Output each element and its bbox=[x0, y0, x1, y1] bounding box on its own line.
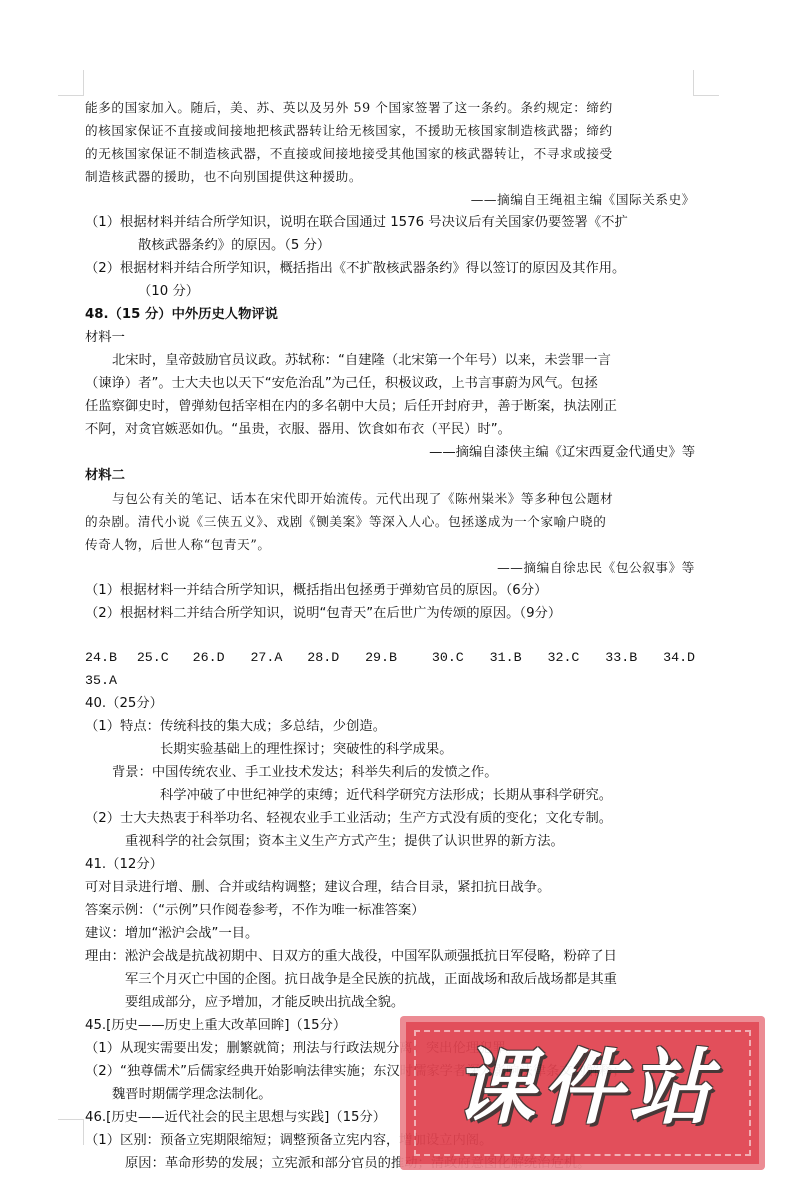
choice-answer: 29.B bbox=[365, 646, 432, 669]
answer-line: 背景：中国传统农业、手工业技术发达；科举失利后的发愤之作。 bbox=[85, 761, 695, 784]
watermark-stamp: 课件站 bbox=[400, 1016, 765, 1170]
page-corner-mark-top-left bbox=[58, 70, 84, 96]
choice-answer: 27.A bbox=[250, 646, 307, 669]
q48-section: 48.（15 分）中外历史人物评说 材料一 北宋时，皇帝鼓励官员议政。苏轼称：“… bbox=[85, 303, 695, 625]
material-text-line: 的无核国家保证不制造核武器，不直接或间接地接受其他国家的核武器转让，不寻求或接受 bbox=[85, 142, 695, 165]
choice-answer: 31.B bbox=[490, 646, 548, 669]
choice-answers-row-2: 35.A bbox=[85, 669, 695, 692]
document-page: 能多的国家加入。随后，美、苏、英以及另外 59 个国家签署了这一条约。条约规定：… bbox=[85, 96, 695, 1175]
answer-line: 答案示例：（“示例”只作阅卷参考，不作为唯一标准答案） bbox=[85, 899, 695, 922]
question-line: 散核武器条约》的原因。（5 分） bbox=[85, 234, 695, 257]
material-source: ——摘编自王绳祖主编《国际关系史》 bbox=[85, 188, 695, 211]
choice-answer: 32.C bbox=[547, 646, 605, 669]
material1-text-line: 不阿，对贪官嫉恶如仇。“虽贵，衣服、器用、饮食如布衣（平民）时”。 bbox=[85, 418, 695, 441]
answer-line: 军三个月灭亡中国的企图。抗日战争是全民族的抗战，正面战场和敌后战场都是其重 bbox=[85, 968, 695, 991]
material1-text-line: 北宋时，皇帝鼓励官员议政。苏轼称：“自建隆（北宋第一个年号）以来，未尝罪一言 bbox=[85, 349, 695, 372]
q47-questions: （1）根据材料并结合所学知识，说明在联合国通过 1576 号决议后有关国家仍要签… bbox=[85, 211, 695, 303]
material-text-line: 的核国家保证不直接或间接地把核武器转让给无核国家，不援助无核国家制造核武器；缔约 bbox=[85, 119, 695, 142]
material1-label: 材料一 bbox=[85, 326, 695, 349]
section-gap bbox=[85, 625, 695, 646]
page-corner-mark-bottom-left bbox=[58, 1119, 84, 1145]
choice-answer: 30.C bbox=[432, 646, 490, 669]
choice-answer: 35.A bbox=[85, 669, 117, 692]
watermark-text: 课件站 bbox=[420, 1034, 750, 1144]
material2-source: ——摘编自徐忠民《包公叙事》等 bbox=[85, 556, 695, 579]
choice-answer: 33.B bbox=[605, 646, 663, 669]
material-text-line: 制造核武器的援助，也不向别国提供这种援助。 bbox=[85, 165, 695, 188]
answer-line: 长期实验基础上的理性探讨；突破性的科学成果。 bbox=[85, 738, 695, 761]
choice-answer: 25.C bbox=[137, 646, 193, 669]
answer-heading: 41.（12分） bbox=[85, 853, 695, 876]
answer-line: 可对目录进行增、删、合并或结构调整；建议合理，结合目录，紧扣抗日战争。 bbox=[85, 876, 695, 899]
question-line: （10 分） bbox=[85, 280, 695, 303]
material1-text-line: （谏诤）者”。士大夫也以天下“安危治乱”为己任，积极议政，上书言事蔚为风气。包拯 bbox=[85, 372, 695, 395]
answer-line: 理由：淞沪会战是抗战初期中、日双方的重大战役，中国军队顽强抵抗日军侵略，粉碎了日 bbox=[85, 945, 695, 968]
answer-41: 41.（12分） 可对目录进行增、删、合并或结构调整；建议合理，结合目录，紧扣抗… bbox=[85, 853, 695, 1014]
answer-line: （2）士大夫热衷于科举功名、轻视农业手工业活动；生产方式没有质的变化；文化专制。 bbox=[85, 807, 695, 830]
answer-line: 重视科学的社会氛围；资本主义生产方式产生；提供了认识世界的新方法。 bbox=[85, 830, 695, 853]
question-line: （1）根据材料并结合所学知识，说明在联合国通过 1576 号决议后有关国家仍要签… bbox=[85, 211, 695, 234]
answer-heading: 40.（25分） bbox=[85, 692, 695, 715]
answer-line: 科学冲破了中世纪神学的束缚；近代科学研究方法形成；长期从事科学研究。 bbox=[85, 784, 695, 807]
answer-line: （1）特点：传统科技的集大成；多总结，少创造。 bbox=[85, 715, 695, 738]
material2-text-line: 的杂剧。清代小说《三侠五义》、戏剧《铡美案》等深入人心。包拯遂成为一个家喻户晓的 bbox=[85, 510, 695, 533]
page-corner-mark-top-right bbox=[693, 70, 719, 96]
answer-line: 建议：增加“淞沪会战”一目。 bbox=[85, 922, 695, 945]
material2-text-line: 与包公有关的笔记、话本在宋代即开始流传。元代出现了《陈州粜米》等多种包公题材 bbox=[85, 487, 695, 510]
choice-answers-row: 24.B 25.C 26.D 27.A 28.D 29.B 30.C 31.B … bbox=[85, 646, 695, 669]
choice-answer: 26.D bbox=[193, 646, 251, 669]
material-text-line: 能多的国家加入。随后，美、苏、英以及另外 59 个国家签署了这一条约。条约规定：… bbox=[85, 96, 695, 119]
material1-source: ——摘编自漆侠主编《辽宋西夏金代通史》等 bbox=[85, 441, 695, 464]
material1-text-line: 任监察御史时，曾弹劾包括宰相在内的多名朝中大员；后任开封府尹，善于断案，执法刚正 bbox=[85, 395, 695, 418]
q48-question-1: （1）根据材料一并结合所学知识，概括指出包拯勇于弹劾官员的原因。（6分） bbox=[85, 579, 695, 602]
q48-question-2: （2）根据材料二并结合所学知识，说明“包青天”在后世广为传颂的原因。（9分） bbox=[85, 602, 695, 625]
choice-answer: 24.B bbox=[85, 646, 137, 669]
choice-answer: 28.D bbox=[307, 646, 365, 669]
question-line: （2）根据材料并结合所学知识，概括指出《不扩散核武器条约》得以签订的原因及其作用… bbox=[85, 257, 695, 280]
choice-answer: 34.D bbox=[663, 646, 695, 669]
answer-40: 40.（25分） （1）特点：传统科技的集大成；多总结，少创造。 长期实验基础上… bbox=[85, 692, 695, 853]
material-continuation: 能多的国家加入。随后，美、苏、英以及另外 59 个国家签署了这一条约。条约规定：… bbox=[85, 96, 695, 211]
material2-label: 材料二 bbox=[85, 464, 695, 487]
answer-line: 要组成部分，应予增加，才能反映出抗战全貌。 bbox=[85, 991, 695, 1014]
material2-text-line: 传奇人物，后世人称“包青天”。 bbox=[85, 533, 695, 556]
q48-heading: 48.（15 分）中外历史人物评说 bbox=[85, 303, 695, 326]
